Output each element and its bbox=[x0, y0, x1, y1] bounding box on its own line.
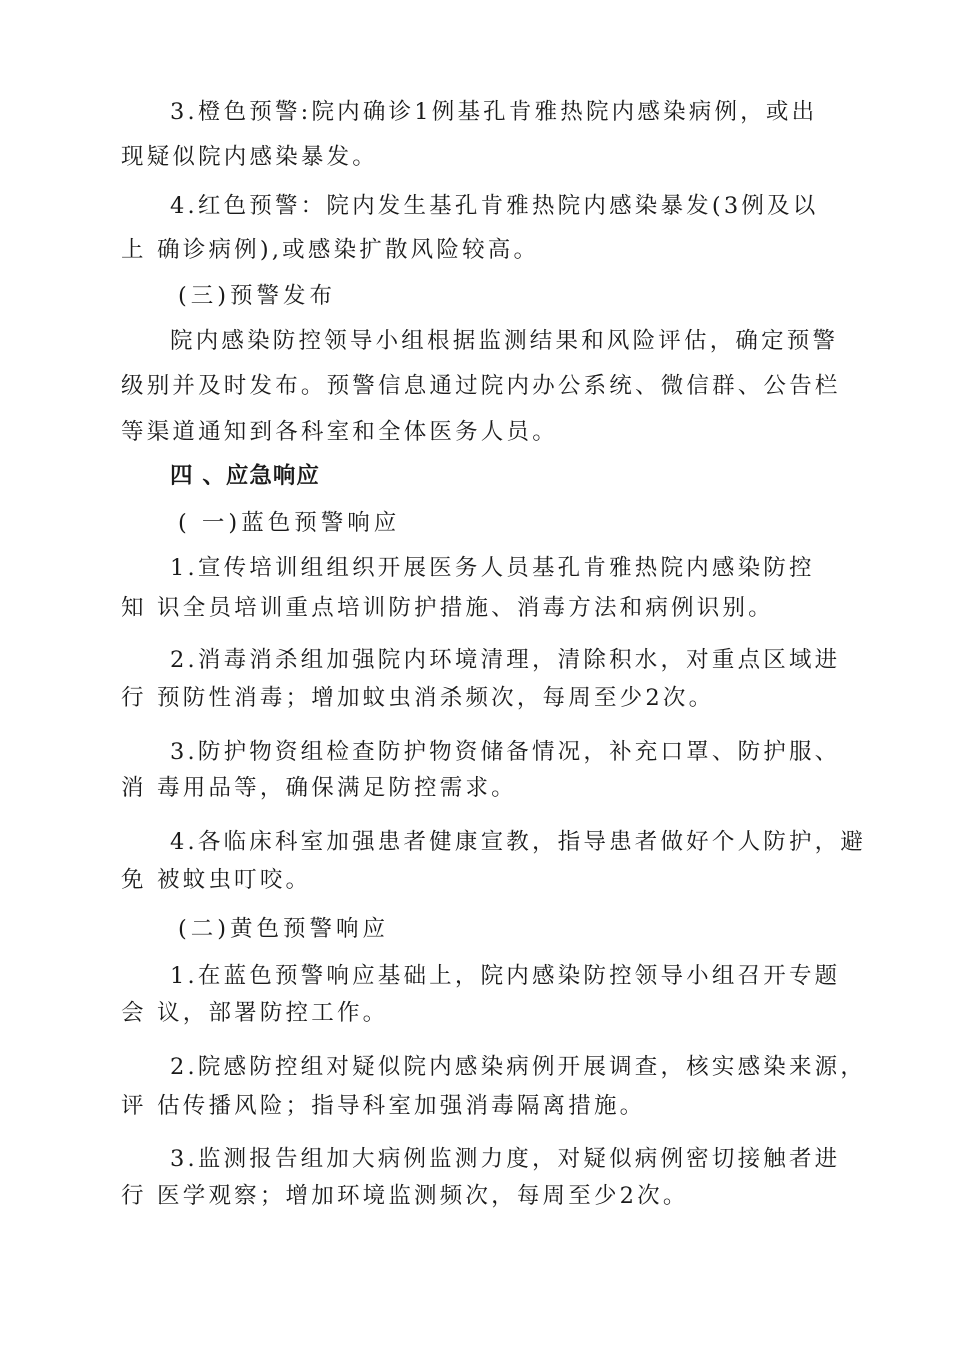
warning-release-heading: (三)预警发布 bbox=[178, 281, 336, 311]
yellow-item-1-line-1: 1.在蓝色预警响应基础上，院内感染防控领导小组召开专题 bbox=[170, 961, 840, 991]
blue-item-4-line-2: 免 被蚊虫叮咬。 bbox=[121, 865, 311, 895]
blue-item-1-line-1: 1.宣传培训组组织开展医务人员基孔肯雅热院内感染防控 bbox=[170, 553, 815, 583]
yellow-response-heading: (二)黄色预警响应 bbox=[178, 914, 389, 944]
yellow-item-1-line-2: 会 议，部署防控工作。 bbox=[121, 998, 388, 1028]
emergency-response-heading: 四 、应急响应 bbox=[170, 461, 320, 491]
blue-response-heading: ( 一)蓝色预警响应 bbox=[178, 508, 400, 538]
blue-item-2-line-1: 2.消毒消杀组加强院内环境清理，清除积水，对重点区域进 bbox=[170, 645, 840, 675]
red-warning-line-2: 上 确诊病例),或感染扩散风险较高。 bbox=[121, 235, 539, 265]
blue-item-1-line-2: 知 识全员培训重点培训防护措施、消毒方法和病例识别。 bbox=[121, 593, 774, 623]
orange-warning-line-2: 现疑似院内感染暴发。 bbox=[121, 142, 378, 172]
blue-item-2-line-2: 行 预防性消毒；增加蚊虫消杀频次，每周至少2次。 bbox=[121, 683, 714, 713]
yellow-item-2-line-2: 评 估传播风险；指导科室加强消毒隔离措施。 bbox=[121, 1091, 645, 1121]
blue-item-3-line-1: 3.防护物资组检查防护物资储备情况，补充口罩、防护服、 bbox=[170, 737, 840, 767]
yellow-item-3-line-2: 行 医学观察；增加环境监测频次，每周至少2次。 bbox=[121, 1181, 689, 1211]
warning-release-line-1: 院内感染防控领导小组根据监测结果和风险评估，确定预警 bbox=[170, 326, 838, 356]
blue-item-3-line-2: 消 毒用品等，确保满足防控需求。 bbox=[121, 773, 517, 803]
yellow-item-2-line-1: 2.院感防控组对疑似院内感染病例开展调查，核实感染来源， bbox=[170, 1052, 866, 1082]
blue-item-4-line-1: 4.各临床科室加强患者健康宣教，指导患者做好个人防护，避 bbox=[170, 827, 866, 857]
warning-release-line-2: 级别并及时发布。预警信息通过院内办公系统、微信群、公告栏 bbox=[121, 371, 841, 401]
document-page: 3.橙色预警:院内确诊1例基孔肯雅热院内感染病例，或出 现疑似院内感染暴发。 4… bbox=[0, 0, 964, 1365]
yellow-item-3-line-1: 3.监测报告组加大病例监测力度，对疑似病例密切接触者进 bbox=[170, 1144, 840, 1174]
red-warning-line-1: 4.红色预警：院内发生基孔肯雅热院内感染暴发(3例及以 bbox=[170, 191, 818, 221]
warning-release-line-3: 等渠道通知到各科室和全体医务人员。 bbox=[121, 417, 558, 447]
orange-warning-line-1: 3.橙色预警:院内确诊1例基孔肯雅热院内感染病例，或出 bbox=[170, 97, 817, 127]
